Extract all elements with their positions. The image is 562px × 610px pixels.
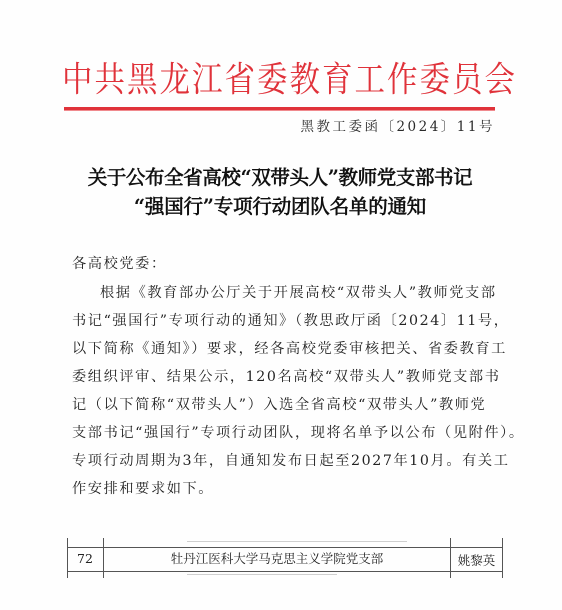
body-line: 书记“强国行”专项行动的通知》（教思政厅函〔2024〕11号， [72, 307, 496, 335]
body-paragraph: 根据《教育部办公厅关于开展高校“双带头人”教师党支部 书记“强国行”专项行动的通… [72, 279, 496, 503]
table-right-border [502, 538, 503, 578]
table-row-bottom-border [67, 571, 503, 572]
document-number: 黑教工委函〔2024〕11号 [300, 117, 495, 137]
body-line: 以下简称《通知》）要求，经各高校党委审核把关、省委教育工 [72, 335, 496, 363]
body-line: 支部书记“强国行”专项行动团队，现将名单予以公布（见附件）。 [72, 419, 496, 447]
red-divider-rule [64, 107, 495, 111]
table-cell-name: 姚黎英 [451, 549, 502, 573]
table-cell-index: 72 [67, 547, 103, 571]
body-line: 记（以下简称“双带头人”）入选全省高校“双带头人”教师党 [72, 391, 496, 419]
notice-title-line-2: “强国行”专项行动团队名单的通知 [40, 192, 520, 221]
body-line: 专项行动周期为3年，自通知发布日起至2027年10月。有关工 [72, 447, 496, 475]
attachment-table-fragment: 72 牡丹江医科大学马克思主义学院党支部 姚黎英 [67, 538, 503, 578]
document-page: 中共黑龙江省委教育工作委员会 黑教工委函〔2024〕11号 关于公布全省高校“双… [0, 0, 562, 610]
body-line: 委组织评审、结果公示，120名高校“双带头人”教师党支部书 [72, 363, 496, 391]
notice-title-line-1: 关于公布全省高校“双带头人”教师党支部书记 [40, 163, 520, 192]
table-row-remnant-bottom [187, 574, 337, 575]
issuer-heading: 中共黑龙江省委教育工作委员会 [62, 58, 498, 104]
table-cell-unit: 牡丹江医科大学马克思主义学院党支部 [104, 547, 450, 571]
body-line: 根据《教育部办公厅关于开展高校“双带头人”教师党支部 [72, 279, 496, 307]
table-row-remnant-top [187, 541, 407, 542]
body-line: 作安排和要求如下。 [72, 475, 496, 503]
salutation: 各高校党委： [72, 250, 496, 278]
